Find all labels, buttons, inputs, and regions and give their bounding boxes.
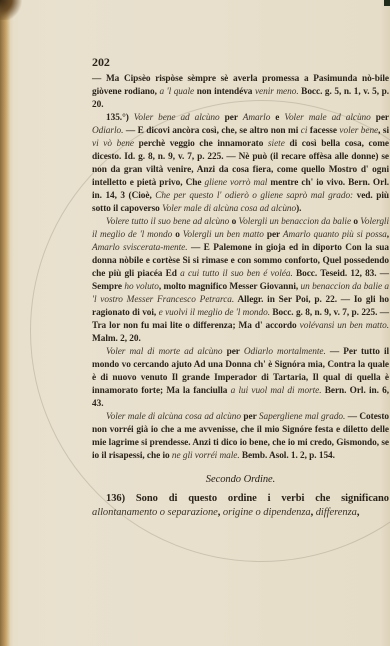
book-page: 202 — Ma Cipsèo rispòse sèmpre sè averla…: [0, 0, 390, 646]
italic-run: Amarlo: [243, 113, 271, 123]
italic-run: origine o dipendenza: [223, 507, 311, 518]
page-number: 202: [92, 56, 389, 69]
text-run: per: [264, 230, 283, 240]
text-run: perchè veggio che innamorato: [134, 139, 268, 149]
italic-run: Amarlo quanto più si possa: [283, 230, 387, 240]
italic-run: vi vò bene: [92, 139, 134, 149]
italic-run: Amarlo sviscerata-mente.: [92, 243, 188, 253]
italic-run: a lui vuol mal di morte.: [231, 386, 322, 396]
text-run: 135.°): [106, 113, 134, 123]
italic-run: Volergli un benaccion da balie: [239, 217, 352, 227]
italic-run: a 'l quale: [160, 87, 195, 97]
italic-run: differenza: [316, 507, 357, 518]
italic-run: Volere tutto il suo bene ad alcùno: [106, 217, 229, 227]
italic-run: allontanamento o separazione: [92, 507, 218, 518]
italic-run: Voler male ad alcùno: [284, 113, 370, 123]
text-run: ,: [357, 507, 360, 518]
final-paragraph: 136) Sono di questo ordine i verbi che s…: [92, 492, 389, 520]
italic-run: ne gli vorréi male.: [172, 451, 240, 461]
italic-run: voler bene: [339, 126, 378, 136]
italic-run: e vuolvi il meglio de 'l mondo.: [159, 308, 270, 318]
text-run: ).: [296, 204, 301, 214]
text-run: o: [351, 217, 360, 227]
italic-run: siete: [268, 139, 285, 149]
italic-run: Volergli un ben matto: [183, 230, 264, 240]
paragraph-p1: — Ma Cipsèo rispòse sèmpre sè averla pro…: [92, 73, 389, 112]
italic-run: ho voluto: [124, 282, 158, 292]
italic-run: Voler male di alcùna cosa ad alcùno: [162, 204, 296, 214]
text-run: facesse: [307, 126, 339, 136]
text-run: , si: [378, 126, 389, 136]
italic-run: Sapergliene mal grado.: [259, 412, 345, 422]
text-run: — E dicovi ancòra così, che, se altro no…: [123, 126, 300, 136]
italic-run: Voler male di alcùna cosa ad alcùno: [106, 412, 241, 422]
text-run: per: [220, 113, 243, 123]
text-run: o: [172, 230, 183, 240]
paragraph-p4: Voler mal di morte ad alcùno per Odiarlo…: [92, 346, 389, 411]
text-run: Malm. 2, 20.: [92, 334, 141, 344]
italic-run: volévansi un ben matto.: [300, 321, 389, 331]
text-run: per: [241, 412, 259, 422]
italic-run: Che per questo l' odierò o gliene saprò …: [155, 191, 353, 201]
text-run: o: [229, 217, 238, 227]
italic-run: venir meno.: [255, 87, 299, 97]
text-run: ,: [387, 230, 389, 240]
text-run: non intendéva: [194, 87, 255, 97]
paragraph-p2: 135.°) Voler bene ad alcùno per Amarlo e…: [92, 112, 389, 216]
paragraph-p5: Voler male di alcùna cosa ad alcùno per …: [92, 411, 389, 463]
page-corner-mark: [384, 0, 390, 6]
book-spine: [0, 0, 10, 646]
italic-run: a cui tutto il suo ben é voléa.: [180, 269, 293, 279]
text-run: , molto magnifico Messer Giovanni,: [159, 282, 301, 292]
italic-run: Voler bene ad alcùno: [134, 113, 220, 123]
text-run: per: [223, 347, 244, 357]
text-run: 136) Sono di questo ordine i verbi che s…: [106, 493, 389, 504]
section-heading: Secondo Ordine.: [92, 473, 389, 486]
italic-run: Odiarlo mortalmente.: [244, 347, 326, 357]
text-run: Bemb. Asol. 1. 2, p. 154.: [240, 451, 335, 461]
paragraphs: — Ma Cipsèo rispòse sèmpre sè averla pro…: [92, 73, 389, 463]
page-text: 202 — Ma Cipsèo rispòse sèmpre sè averla…: [92, 56, 389, 520]
page-corner-shadow: [0, 0, 22, 20]
italic-run: gliene vorrò mal: [205, 178, 268, 188]
paragraph-p3: Volere tutto il suo bene ad alcùno o Vol…: [92, 216, 389, 346]
text-run: per: [371, 113, 389, 123]
italic-run: Voler mal di morte ad alcùno: [106, 347, 223, 357]
text-run: e: [270, 113, 284, 123]
italic-run: Odiarlo.: [92, 126, 123, 136]
